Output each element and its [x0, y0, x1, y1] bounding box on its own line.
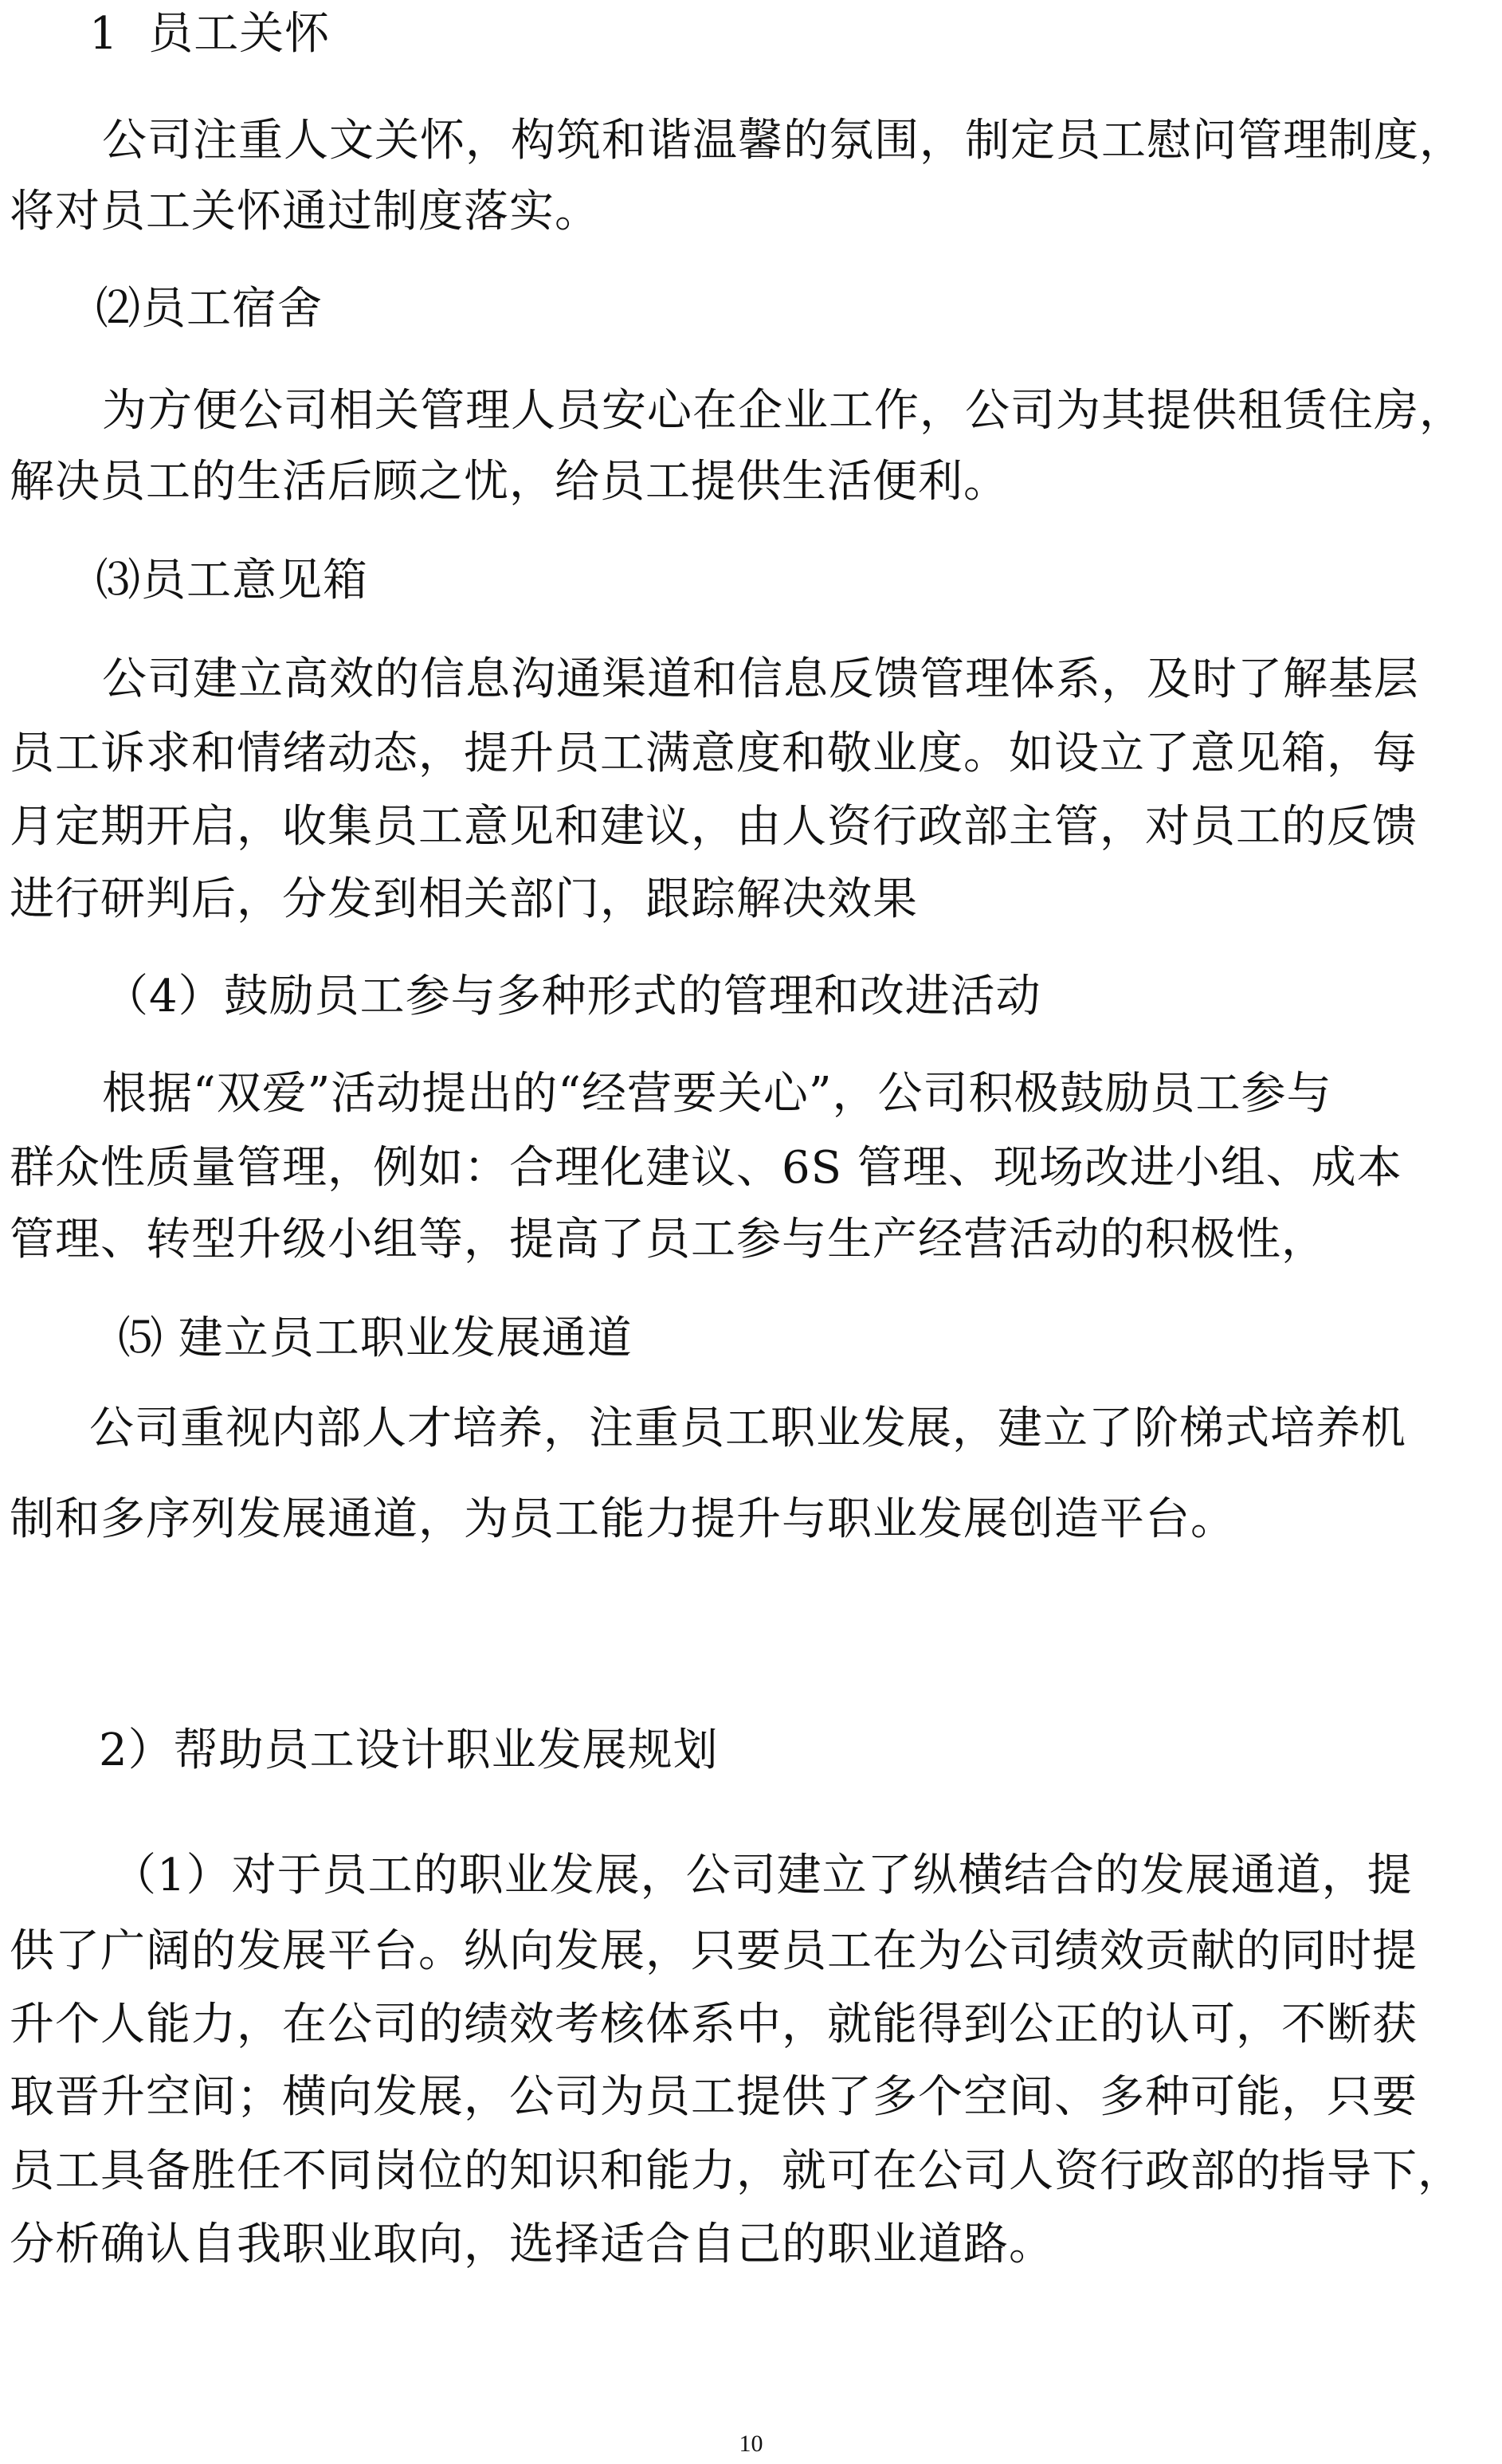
document-page: 1 员工关怀 公司注重人文关怀，构筑和谐温馨的氛围，制定员工慰问管理制度， 将对… [0, 0, 1502, 2464]
paragraph-line: 公司注重人文关怀，构筑和谐温馨的氛围，制定员工慰问管理制度， [102, 118, 1465, 164]
paragraph-line: 将对员工关怀通过制度落实。 [10, 189, 600, 235]
paragraph-line: 供了广阔的发展平台。纵向发展，只要员工在为公司绩效贡献的同时提 [10, 1928, 1418, 1975]
paragraph-line: 根据“双爱”活动提出的“经营要关心”，公司积极鼓励员工参与 [102, 1071, 1332, 1117]
section-heading: 2）帮助员工设计职业发展规划 [99, 1728, 719, 1774]
section-heading: ⑸ 建立员工职业发展通道 [118, 1316, 633, 1362]
paragraph-line: 群众性质量管理，例如：合理化建议、6S 管理、现场改进小组、成本 [10, 1145, 1402, 1191]
section-heading: ⑶员工意见箱 [96, 558, 368, 604]
page-number: 10 [0, 2431, 1502, 2458]
paragraph-line: 员工诉求和情绪动态，提升员工满意度和敬业度。如设立了意见箱，每 [10, 731, 1418, 777]
paragraph-line: 公司建立高效的信息沟通渠道和信息反馈管理体系，及时了解基层 [102, 657, 1419, 703]
paragraph-line: 公司重视内部人才培养，注重员工职业发展，建立了阶梯式培养机 [89, 1406, 1406, 1452]
paragraph-line: 管理、转型升级小组等，提高了员工参与生产经营活动的积极性， [10, 1217, 1327, 1263]
paragraph-line: 分析确认自我职业取向，选择适合自己的职业道路。 [10, 2222, 1054, 2268]
section-heading: （4）鼓励员工参与多种形式的管理和改进活动 [104, 974, 1041, 1020]
section-heading: ⑵员工宿舍 [96, 286, 323, 332]
paragraph-line: 取晋升空间；横向发展，公司为员工提供了多个空间、多种可能，只要 [10, 2074, 1418, 2121]
paragraph-line: 进行研判后，分发到相关部门，跟踪解决效果 [10, 877, 918, 923]
section-heading: 1 员工关怀 [89, 11, 330, 57]
paragraph-line: 制和多序列发展通道，为员工能力提升与职业发展创造平台。 [10, 1497, 1236, 1543]
paragraph-line: 升个人能力，在公司的绩效考核体系中，就能得到公正的认可，不断获 [10, 2002, 1418, 2048]
paragraph-line: 员工具备胜任不同岗位的知识和能力，就可在公司人资行政部的指导下， [10, 2148, 1463, 2195]
paragraph-line: 月定期开启，收集员工意见和建议，由人资行政部主管，对员工的反馈 [10, 804, 1418, 850]
paragraph-line: （1）对于员工的职业发展，公司建立了纵横结合的发展通道，提 [112, 1853, 1413, 1899]
paragraph-line: 解决员工的生活后顾之忧，给员工提供生活便利。 [10, 459, 1009, 505]
paragraph-line: 为方便公司相关管理人员安心在企业工作，公司为其提供租赁住房， [102, 388, 1465, 434]
